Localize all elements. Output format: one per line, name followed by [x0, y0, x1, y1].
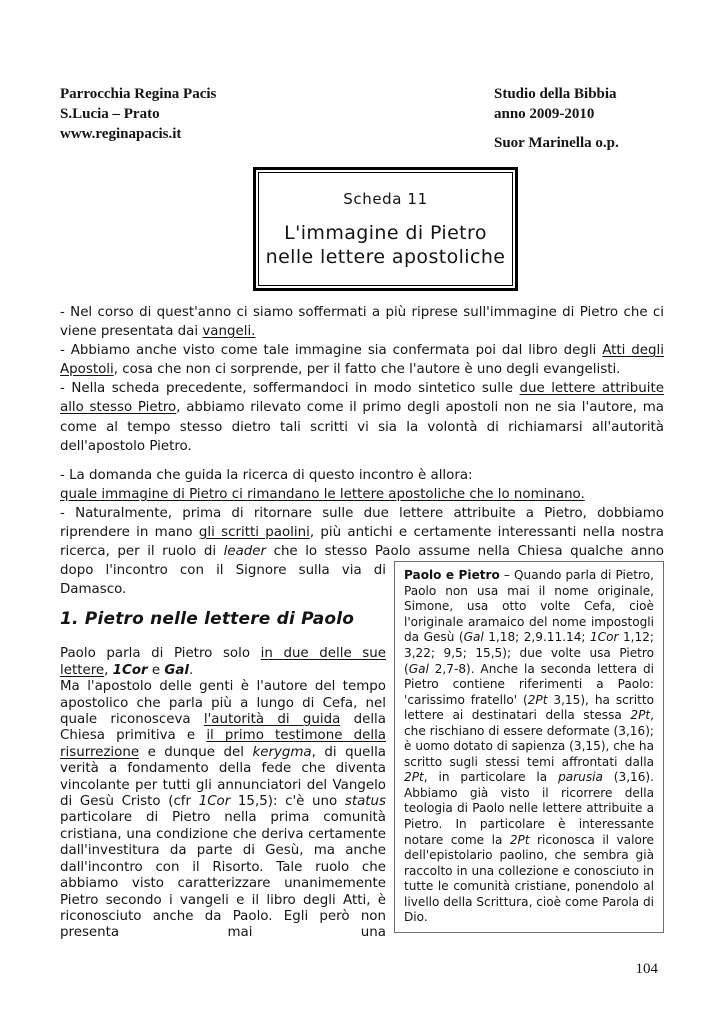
- two-column-section: dopo l'incontro con il Signore sulla via…: [60, 561, 664, 942]
- sidebar-note-box: Paolo e Pietro – Quando parla di Pietro,…: [394, 561, 664, 933]
- parish-location: S.Lucia – Prato: [60, 104, 216, 124]
- paragraph-scheda-precedente: - Nella scheda precedente, soffermandoci…: [60, 379, 664, 455]
- paragraph-vangeli: - Nel corso di quest'anno ci siamo soffe…: [60, 303, 664, 341]
- title-box-inner: Scheda 11 L'immagine di Pietronelle lett…: [258, 172, 513, 286]
- header-parish-block: Parrocchia Regina Pacis S.Lucia – Prato …: [60, 84, 216, 153]
- paragraph-damasco-continuation: dopo l'incontro con il Signore sulla via…: [60, 561, 386, 599]
- page-header: Parrocchia Regina Pacis S.Lucia – Prato …: [60, 84, 664, 153]
- section-heading: 1. Pietro nelle lettere di Paolo: [60, 608, 386, 630]
- parish-name: Parrocchia Regina Pacis: [60, 84, 216, 104]
- paragraph-naturalmente: - Naturalmente, prima di ritornare sulle…: [60, 504, 664, 561]
- paragraph-due-lettere: Paolo parla di Pietro solo in due delle …: [60, 646, 386, 679]
- header-course-block: Studio della Bibbia anno 2009-2010 Suor …: [494, 84, 664, 153]
- course-year: anno 2009-2010: [494, 104, 664, 124]
- left-column: dopo l'incontro con il Signore sulla via…: [60, 561, 386, 942]
- document-page: Parrocchia Regina Pacis S.Lucia – Prato …: [0, 0, 724, 1024]
- course-title: Studio della Bibbia: [494, 84, 664, 104]
- document-title: L'immagine di Pietronelle lettere aposto…: [259, 221, 512, 269]
- sheet-number-label: Scheda 11: [259, 190, 512, 208]
- sidebar-note-text: Paolo e Pietro – Quando parla di Pietro,…: [404, 568, 654, 926]
- page-number: 104: [636, 961, 659, 978]
- course-author: Suor Marinella o.p.: [494, 133, 664, 153]
- title-box: Scheda 11 L'immagine di Pietronelle lett…: [253, 167, 518, 291]
- paragraph-apostolo-genti: Ma l'apostolo delle genti è l'autore del…: [60, 679, 386, 942]
- paragraph-atti: - Abbiamo anche visto come tale immagine…: [60, 341, 664, 379]
- parish-website: www.reginapacis.it: [60, 124, 216, 144]
- intro-section: - Nel corso di quest'anno ci siamo soffe…: [60, 303, 664, 561]
- paragraph-domanda: - La domanda che guida la ricerca di que…: [60, 466, 664, 504]
